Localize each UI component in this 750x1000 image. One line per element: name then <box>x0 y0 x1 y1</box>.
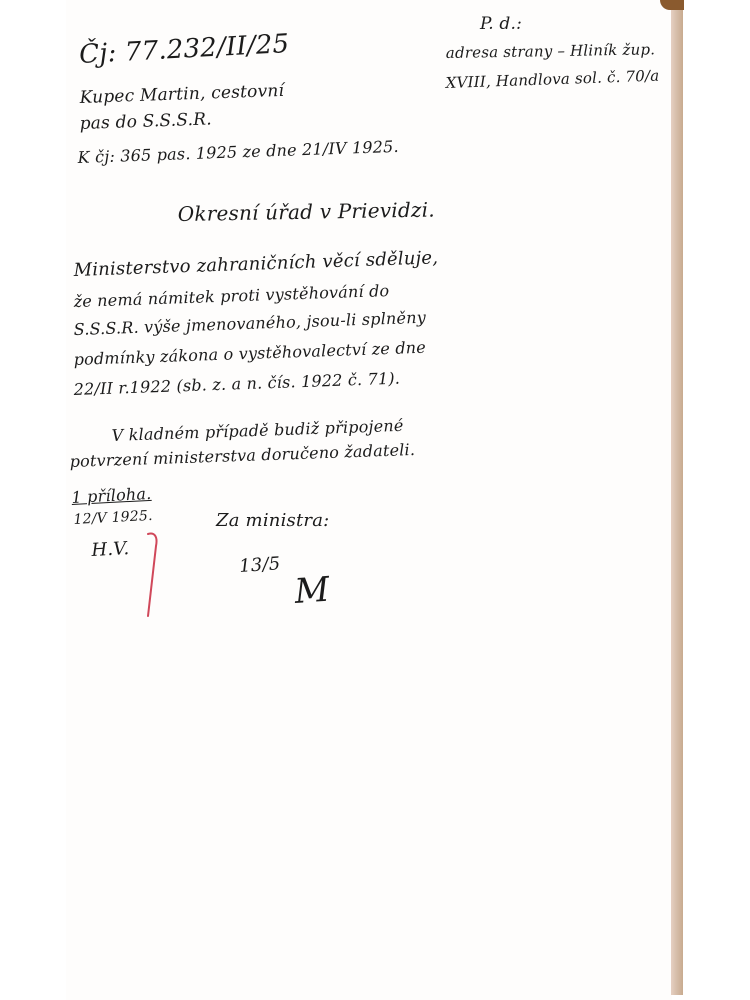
page-edge-strip <box>671 0 683 995</box>
date-mark: 13/5 <box>239 553 282 577</box>
clerk-initials: H.V. <box>91 538 130 561</box>
addressee: Okresní úřad v Prievidzi. <box>178 198 435 226</box>
margin-note-heading: P. d.: <box>480 14 522 34</box>
red-pencil-mark <box>144 532 162 618</box>
margin-note-line-1: adresa strany – Hliník žup. <box>446 40 656 62</box>
for-minister-label: Za ministra: <box>216 510 329 531</box>
signature: M <box>293 570 331 612</box>
